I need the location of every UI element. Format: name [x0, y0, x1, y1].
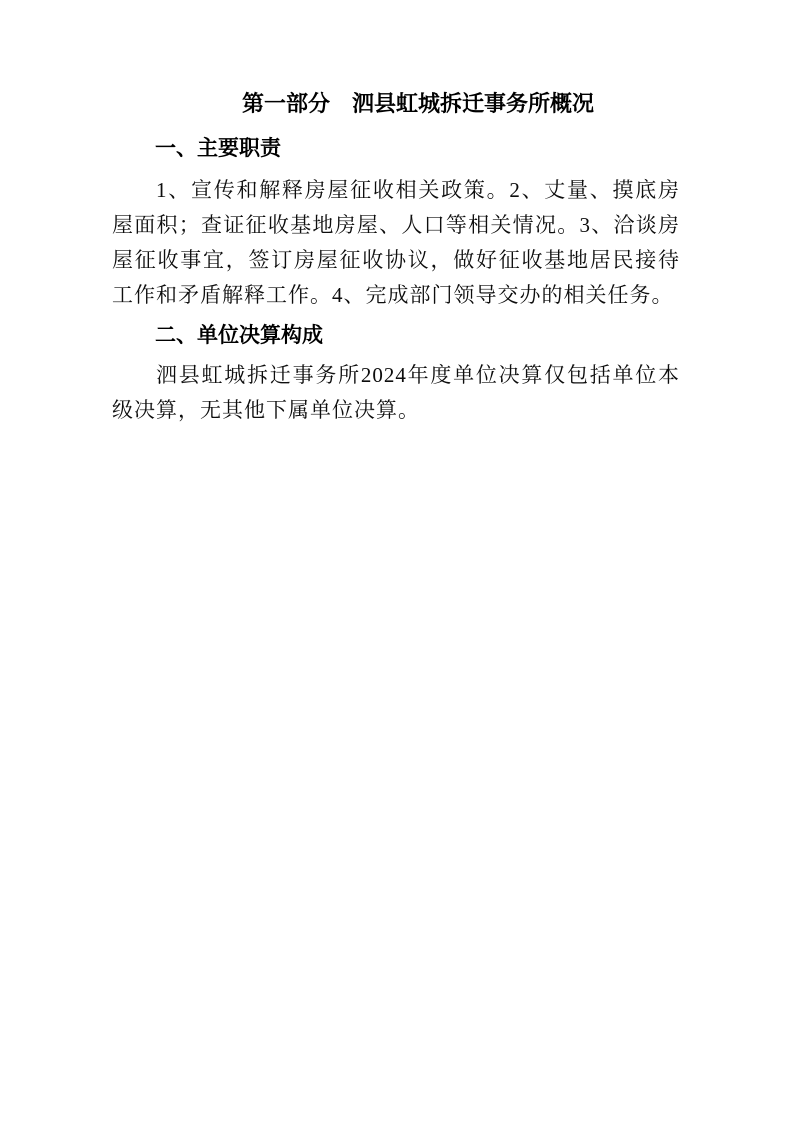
section-main-duties: 一、主要职责 1、宣传和解释房屋征收相关政策。2、丈量、摸底房屋面积；查证征收基… [112, 134, 680, 313]
section-2-heading: 二、单位决算构成 [112, 321, 680, 351]
document-title: 第一部分 泗县虹城拆迁事务所概况 [112, 87, 680, 120]
section-budget-composition: 二、单位决算构成 泗县虹城拆迁事务所2024年度单位决算仅包括单位本级决算，无其… [112, 321, 680, 428]
section-1-paragraph: 1、宣传和解释房屋征收相关政策。2、丈量、摸底房屋面积；查证征收基地房屋、人口等… [112, 173, 680, 313]
document-page: 第一部分 泗县虹城拆迁事务所概况 一、主要职责 1、宣传和解释房屋征收相关政策。… [0, 0, 793, 1122]
section-1-heading: 一、主要职责 [112, 134, 680, 164]
section-2-paragraph: 泗县虹城拆迁事务所2024年度单位决算仅包括单位本级决算，无其他下属单位决算。 [112, 358, 680, 428]
